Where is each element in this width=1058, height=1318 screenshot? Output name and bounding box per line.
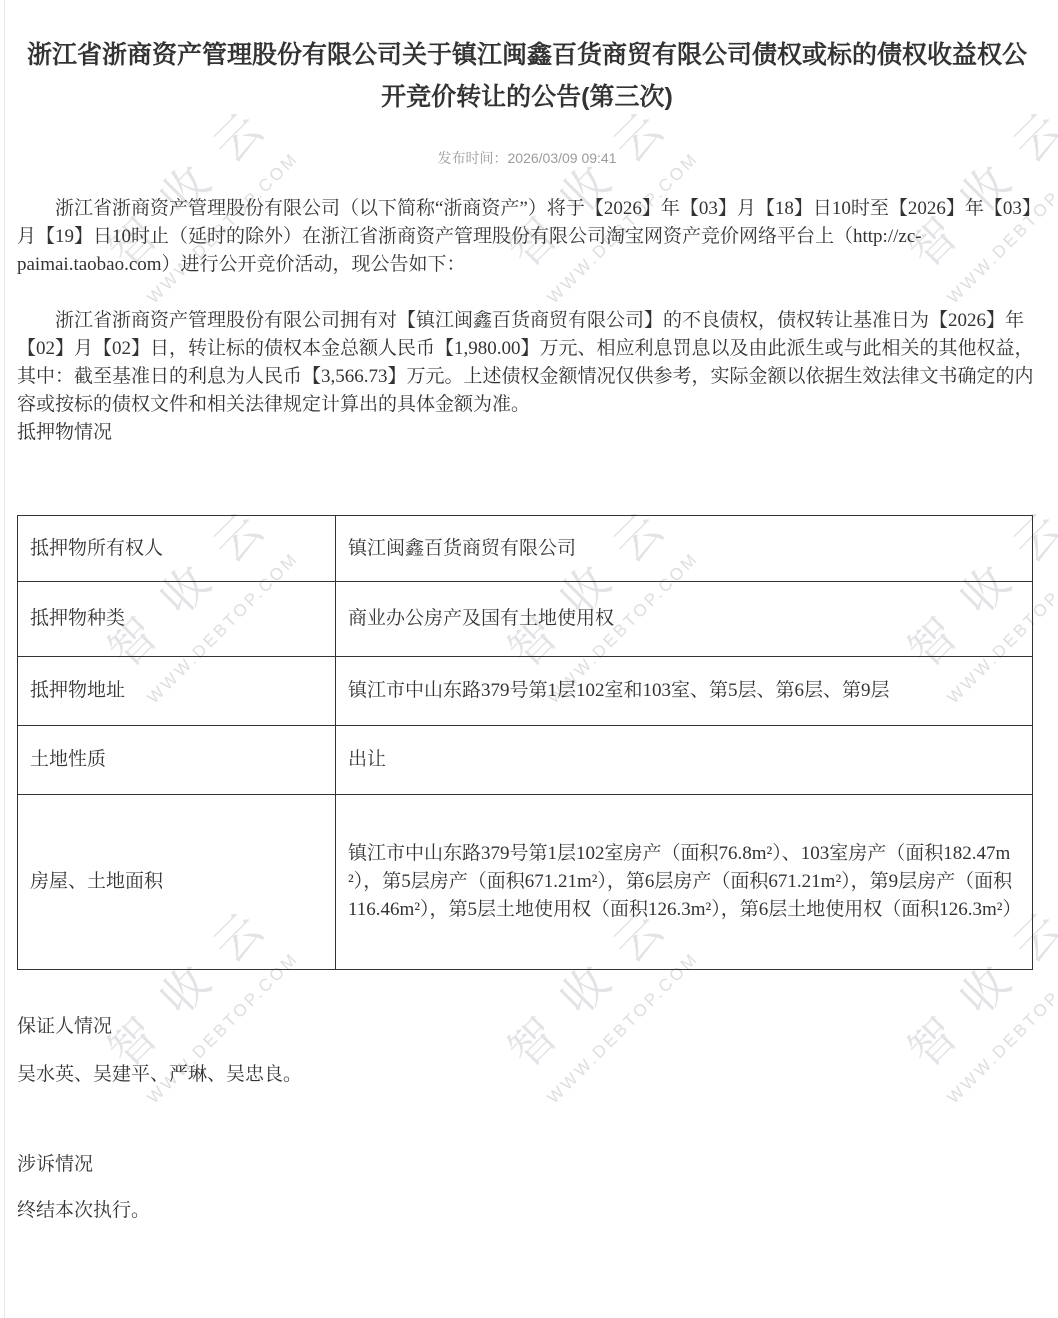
- table-row-value: 镇江闽鑫百货商贸有限公司: [336, 516, 1033, 582]
- document-content: 浙江省浙商资产管理股份有限公司关于镇江闽鑫百货商贸有限公司债权或标的债权收益权公…: [0, 34, 1058, 1265]
- table-row-label: 抵押物所有权人: [18, 516, 336, 582]
- publish-time-value: 2026/03/09 09:41: [508, 150, 617, 166]
- table-row: 抵押物所有权人 镇江闽鑫百货商贸有限公司: [18, 516, 1033, 582]
- litigation-status: 终结本次执行。: [17, 1197, 1037, 1225]
- guarantor-names: 吴水英、吴建平、严琳、吴忠良。: [17, 1061, 1037, 1089]
- table-row-label: 抵押物种类: [18, 582, 336, 657]
- table-row-label: 抵押物地址: [18, 657, 336, 726]
- table-row-value: 出让: [336, 726, 1033, 795]
- guarantor-section-heading: 保证人情况: [17, 1013, 1037, 1041]
- table-row-label: 土地性质: [18, 726, 336, 795]
- publish-time-label: 发布时间：: [438, 150, 508, 166]
- litigation-section-heading: 涉诉情况: [17, 1151, 1037, 1179]
- collateral-section-heading: 抵押物情况: [17, 419, 1037, 447]
- table-row-value: 商业办公房产及国有土地使用权: [336, 582, 1033, 657]
- paragraph-debt-details: 浙江省浙商资产管理股份有限公司拥有对【镇江闽鑫百货商贸有限公司】的不良债权，债权…: [17, 307, 1037, 419]
- table-row-value: 镇江市中山东路379号第1层102室房产（面积76.8m²）、103室房产（面积…: [336, 795, 1033, 970]
- table-row: 土地性质 出让: [18, 726, 1033, 795]
- announcement-page: 智收云WWW.DEBTOP.COM智收云WWW.DEBTOP.COM智收云WWW…: [0, 0, 1058, 1318]
- table-row: 抵押物种类 商业办公房产及国有土地使用权: [18, 582, 1033, 657]
- collateral-table-body: 抵押物所有权人 镇江闽鑫百货商贸有限公司 抵押物种类 商业办公房产及国有土地使用…: [18, 516, 1033, 970]
- table-row: 抵押物地址 镇江市中山东路379号第1层102室和103室、第5层、第6层、第9…: [18, 657, 1033, 726]
- table-row: 房屋、土地面积 镇江市中山东路379号第1层102室房产（面积76.8m²）、1…: [18, 795, 1033, 970]
- paragraph-auction-notice: 浙江省浙商资产管理股份有限公司（以下简称“浙商资产”）将于【2026】年【03】…: [17, 195, 1037, 279]
- page-left-border: [4, 0, 5, 1318]
- table-row-label: 房屋、土地面积: [18, 795, 336, 970]
- publish-time-row: 发布时间：2026/03/09 09:41: [17, 148, 1037, 168]
- table-row-value: 镇江市中山东路379号第1层102室和103室、第5层、第6层、第9层: [336, 657, 1033, 726]
- collateral-table: 抵押物所有权人 镇江闽鑫百货商贸有限公司 抵押物种类 商业办公房产及国有土地使用…: [17, 515, 1033, 970]
- page-title: 浙江省浙商资产管理股份有限公司关于镇江闽鑫百货商贸有限公司债权或标的债权收益权公…: [19, 34, 1035, 118]
